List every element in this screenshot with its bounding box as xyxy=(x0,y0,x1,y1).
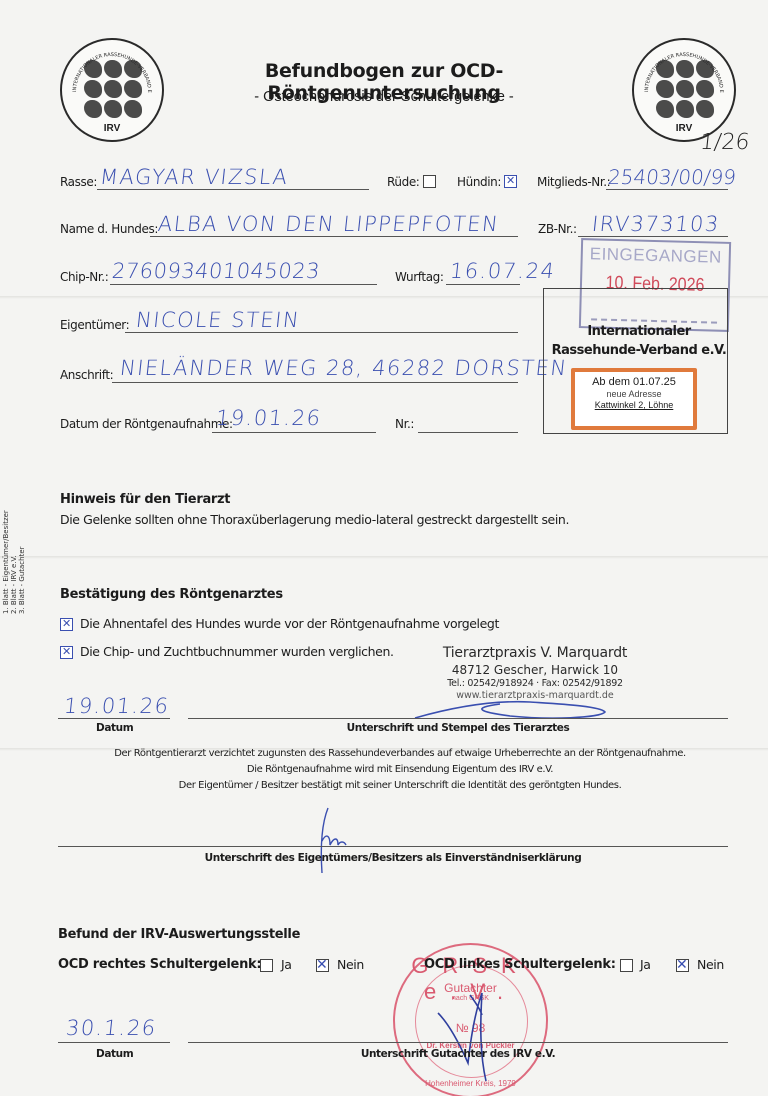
zb-nr-line xyxy=(578,236,728,237)
gutachter-signature-label: Unterschrift Gutachter des IRV e.V. xyxy=(188,1048,728,1060)
gutachter-date-value[interactable]: 30.1.26 xyxy=(65,1016,158,1040)
gutachter-date-line xyxy=(58,1042,170,1043)
chip-nr-line xyxy=(110,284,377,285)
ocd-left-label: OCD linkes Schultergelenk: xyxy=(424,957,616,972)
ocd-left-ja-checkbox[interactable] xyxy=(620,959,633,972)
ruede-checkbox[interactable] xyxy=(423,175,436,188)
vet-practice-address: 48712 Gescher, Harwick 10 xyxy=(420,663,650,677)
datum-aufnahme-value[interactable]: 19.01.26 xyxy=(215,406,323,430)
logo-label: IRV xyxy=(62,123,162,134)
eingegangen-title: EINGEGANGEN xyxy=(583,244,729,268)
hinweis-text: Die Gelenke sollten ohne Thoraxüberlager… xyxy=(60,512,569,527)
owner-signature-icon xyxy=(300,803,360,878)
copy-distribution-note: 1. Blatt - Eigentümer/Besitzer 2. Blatt … xyxy=(2,510,26,614)
anschrift-line xyxy=(112,382,518,383)
ocd-left-nein-label: Nein xyxy=(697,957,724,972)
vet-signature-label: Unterschrift und Stempel des Tierarztes xyxy=(188,722,728,734)
eigentuemer-value[interactable]: NICOLE STEIN xyxy=(135,308,302,332)
gutachter-signature-line xyxy=(188,1042,728,1043)
mitglieds-nr-line xyxy=(606,189,728,190)
vet-date-value[interactable]: 19.01.26 xyxy=(63,694,171,718)
vet-signature-line xyxy=(188,718,728,719)
legal-notes: Der Röntgentierarzt verzichtet zugunsten… xyxy=(60,746,740,794)
new-address-sticker: Ab dem 01.07.25 neue Adresse Kattwinkel … xyxy=(571,368,697,430)
zb-nr-label: ZB-Nr.: xyxy=(538,222,577,236)
rasse-value[interactable]: MAGYAR VIZSLA xyxy=(99,165,290,189)
chip-verglichen-label: Die Chip- und Zuchtbuchnummer wurden ver… xyxy=(80,644,394,659)
nr-line xyxy=(418,432,518,433)
wurftag-line xyxy=(446,284,520,285)
rasse-line xyxy=(97,189,369,190)
ocd-left-nein-checkbox[interactable] xyxy=(676,959,689,972)
gutachter-date-label: Datum xyxy=(96,1048,133,1060)
vet-signature-icon xyxy=(410,690,610,725)
befund-heading: Befund der IRV-Auswertungsstelle xyxy=(58,927,300,942)
bestaetigung-heading: Bestätigung des Röntgenarztes xyxy=(60,587,283,602)
name-value[interactable]: ALBA VON DEN LIPPEPFOTEN xyxy=(157,212,501,236)
chip-verglichen-checkbox[interactable] xyxy=(60,646,73,659)
handwritten-reference: 1/26 xyxy=(699,130,751,155)
irv-logo-right: INTERNATIONALER RASSEHUNDE-VERBAND E.V. … xyxy=(632,38,736,142)
eigentuemer-line xyxy=(125,332,518,333)
anschrift-value[interactable]: NIELÄNDER WEG 28, 46282 DORSTEN xyxy=(119,356,569,380)
ocd-right-ja-label: Ja xyxy=(281,957,292,972)
new-address-caption: neue Adresse xyxy=(575,389,693,399)
name-label: Name d. Hundes: xyxy=(60,222,158,236)
vet-date-label: Datum xyxy=(96,722,133,734)
anschrift-label: Anschrift: xyxy=(60,368,113,382)
irv-logo-left: INTERNATIONALER RASSEHUNDE-VERBAND E.V. … xyxy=(60,38,164,142)
ruede-label: Rüde: xyxy=(387,175,419,189)
ocd-right-nein-checkbox[interactable] xyxy=(316,959,329,972)
new-address-date: Ab dem 01.07.25 xyxy=(575,376,693,388)
ocd-right-nein-label: Nein xyxy=(337,957,364,972)
ocd-right-ja-checkbox[interactable] xyxy=(260,959,273,972)
dog-heads-icon xyxy=(84,60,142,118)
chip-nr-value[interactable]: 276093401045023 xyxy=(111,259,321,283)
ahnentafel-checkbox[interactable] xyxy=(60,618,73,631)
zb-nr-value[interactable]: IRV373103 xyxy=(591,212,721,236)
paper-fold xyxy=(0,556,768,559)
wurftag-label: Wurftag: xyxy=(395,270,444,284)
huendin-label: Hündin: xyxy=(457,175,501,189)
name-line xyxy=(150,236,518,237)
chip-nr-label: Chip-Nr.: xyxy=(60,270,108,284)
wurftag-value[interactable]: 16.07.24 xyxy=(449,259,557,283)
huendin-checkbox[interactable] xyxy=(504,175,517,188)
dog-heads-icon xyxy=(656,60,714,118)
datum-aufnahme-label: Datum der Röntgenaufnahme: xyxy=(60,417,233,431)
vet-practice-name: Tierarztpraxis V. Marquardt xyxy=(420,645,650,661)
mitglieds-nr-value[interactable]: 25403/00/99 xyxy=(607,165,738,189)
hinweis-heading: Hinweis für den Tierarzt xyxy=(60,492,230,507)
ocd-right-label: OCD rechtes Schultergelenk:- xyxy=(58,957,266,972)
nr-label: Nr.: xyxy=(395,417,414,431)
rasse-label: Rasse: xyxy=(60,175,97,189)
mitglieds-nr-label: Mitglieds-Nr.: xyxy=(537,175,610,189)
datum-aufnahme-line xyxy=(212,432,376,433)
owner-signature-label: Unterschrift des Eigentümers/Besitzers a… xyxy=(58,852,728,864)
eigentuemer-label: Eigentümer: xyxy=(60,318,129,332)
gutachter-signature-icon xyxy=(430,985,510,1085)
vet-practice-phone: Tel.: 02542/918924 · Fax: 02542/91892 xyxy=(420,678,650,689)
vet-date-line xyxy=(58,718,170,719)
irv-name: Internationaler Rassehunde-Verband e.V. xyxy=(543,322,735,360)
ocd-left-ja-label: Ja xyxy=(640,957,651,972)
ahnentafel-label: Die Ahnentafel des Hundes wurde vor der … xyxy=(80,616,499,631)
new-address-street: Kattwinkel 2, Löhne xyxy=(575,400,693,410)
document-subtitle: - Osteochondrosis der Schultergelenke - xyxy=(150,89,618,105)
owner-signature-line xyxy=(58,846,728,847)
